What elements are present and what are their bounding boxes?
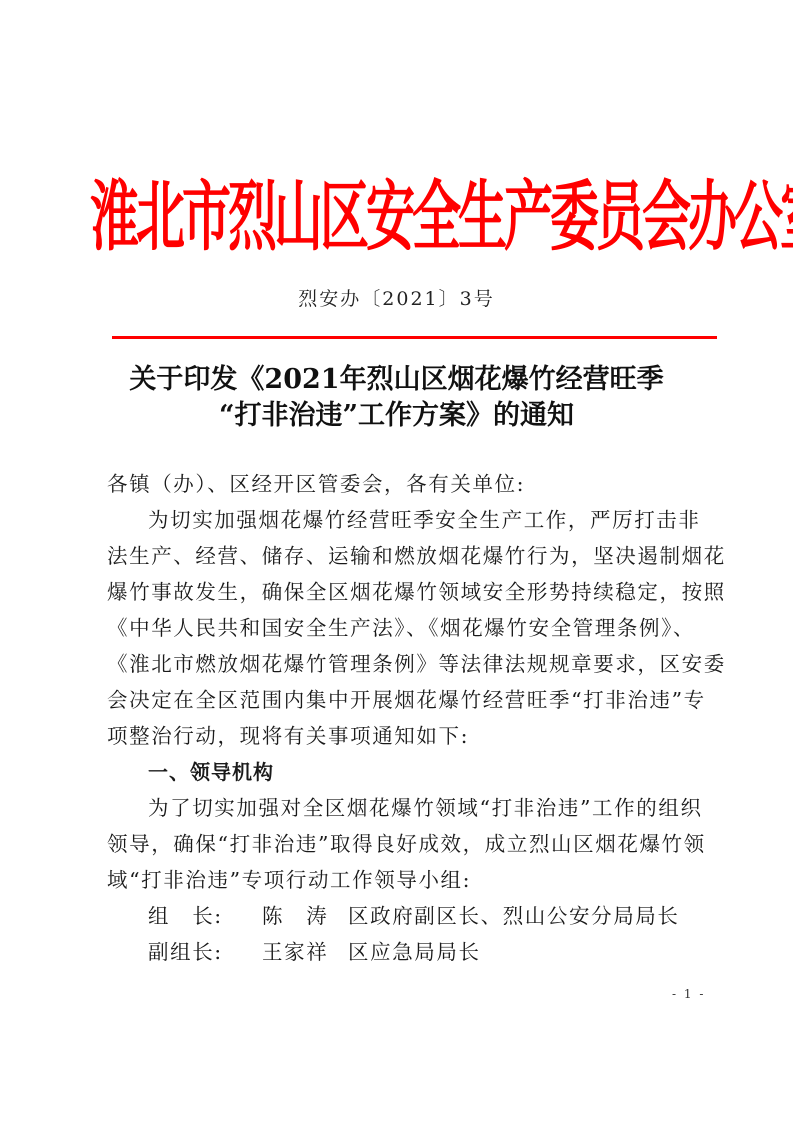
paragraph-line: 领导，确保“打非治违”取得良好成效，成立烈山区烟花爆竹领 bbox=[107, 826, 697, 862]
salutation: 各镇（办）、区经开区管委会，各有关单位: bbox=[107, 466, 697, 502]
member-row-leader: 组 长: 陈 涛 区政府副区长、烈山公安分局局长 bbox=[107, 898, 697, 934]
member-name: 陈 涛 bbox=[262, 898, 348, 934]
member-position: 区政府副区长、烈山公安分局局长 bbox=[348, 898, 680, 934]
paragraph-line: 会决定在全区范围内集中开展烟花爆竹经营旺季“打非治违”专 bbox=[107, 682, 697, 718]
section-heading: 一、领导机构 bbox=[107, 754, 697, 790]
paragraph-line: 爆竹事故发生，确保全区烟花爆竹领域安全形势持续稳定，按照 bbox=[107, 574, 697, 610]
red-divider-line bbox=[112, 336, 717, 339]
paragraph-line: 项整治行动，现将有关事项通知如下: bbox=[107, 718, 697, 754]
member-role: 组 长: bbox=[148, 898, 262, 934]
paragraph-line: 为切实加强烟花爆竹经营旺季安全生产工作，严厉打击非 bbox=[107, 502, 697, 538]
paragraph-line: 《中华人民共和国安全生产法》、《烟花爆竹安全管理条例》、 bbox=[107, 610, 697, 646]
paragraph-line: 域“打非治违”专项行动工作领导小组: bbox=[107, 862, 697, 898]
paragraph-line: 为了切实加强对全区烟花爆竹领域“打非治违”工作的组织 bbox=[107, 790, 697, 826]
member-row-deputy: 副组长: 王家祥 区应急局局长 bbox=[107, 934, 697, 970]
paragraph-line: 法生产、经营、储存、运输和燃放烟花爆竹行为，坚决遏制烟花 bbox=[107, 538, 697, 574]
member-role: 副组长: bbox=[148, 934, 262, 970]
document-page: 淮北市烈山区安全生产委员会办公室文件 烈安办〔2021〕3号 关于印发《2021… bbox=[0, 0, 793, 1122]
member-name: 王家祥 bbox=[262, 934, 348, 970]
notice-title-line-2: “打非治违”工作方案》的通知 bbox=[80, 393, 713, 432]
masthead-title: 淮北市烈山区安全生产委员会办公室文件 bbox=[90, 147, 720, 290]
document-body: 各镇（办）、区经开区管委会，各有关单位: 为切实加强烟花爆竹经营旺季安全生产工作… bbox=[107, 466, 697, 970]
document-number: 烈安办〔2021〕3号 bbox=[0, 284, 793, 311]
notice-title-line-1: 关于印发《2021年烈山区烟花爆竹经营旺季 bbox=[80, 357, 713, 396]
page-number: - 1 - bbox=[672, 987, 705, 1001]
paragraph-line: 《淮北市燃放烟花爆竹管理条例》等法律法规规章要求，区安委 bbox=[107, 646, 697, 682]
member-position: 区应急局局长 bbox=[348, 934, 481, 970]
